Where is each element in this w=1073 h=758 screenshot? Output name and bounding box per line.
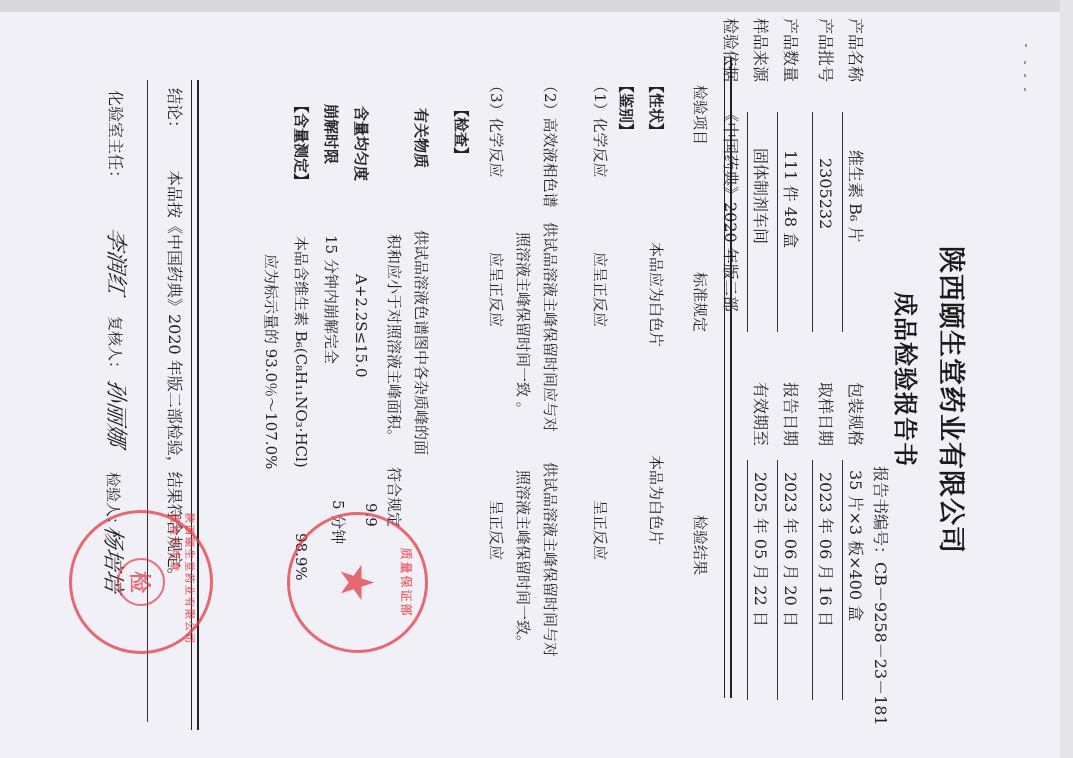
scan-speck [1025,44,1027,47]
scan-speck [1024,74,1026,77]
result-appearance: 本品为白色片 [648,455,663,545]
underline [812,460,813,700]
seal-text: 陕西颐生堂药业有限公司 质检专用章 [168,513,198,651]
report-date-value: 2023 年 06 月 20 日 [782,472,798,627]
sampling-date-label: 取样日期 [817,382,833,446]
product-name-label: 产品名称 [847,18,863,82]
qa-stamp-text: 质量保证部 [398,547,415,617]
table-top-rule [724,58,732,698]
standard-assay-line2: 应为标示量的 93.0％～107.0% [263,254,278,469]
star-icon: ★ [335,562,381,603]
report-number-value: CB－9258－23－181 [871,562,890,726]
result-related: 符合规定 [386,467,401,527]
company-seal-stamp: 检 陕西颐生堂药业有限公司 质检专用章 [69,510,213,654]
conclusion-label: 结论： [166,88,182,136]
header-result: 检验结果 [692,515,707,575]
scan-speck [1024,61,1026,64]
scan-speck [1024,88,1026,91]
standard-assay-line1: 本品含维生素 B₆(C₈H₁₁NO₃·HCl) [293,236,308,468]
expiry-date-value: 2025 年 05 月 22 日 [752,472,768,627]
header-standard: 标准规定 [692,272,707,332]
quantity-label: 产品数量 [782,18,798,82]
standard-content-uniformity: A+2.2S≤15.0 [353,274,368,378]
qa-department-stamp: ★ 质量保证部 [287,512,428,653]
result-ident-2-line2: 照溶液主峰保留时间一致。 [515,470,530,650]
sampling-date-value: 2023 年 06 月 16 日 [817,472,833,627]
result-ident-2-line1: 供试品溶液主峰保留时间与对 [542,462,557,657]
package-spec-label: 包装规格 [847,382,863,446]
standard-ident-2-line1: 供试品溶液主峰保留时间应与对 [542,222,557,432]
underline [747,460,748,700]
item-related-substances: 有关物质 [413,108,428,168]
underline [747,112,748,332]
standard-appearance: 本品应为白色片 [648,242,663,347]
lab-director-signature: 李润红 [104,226,126,295]
quantity-value: 111 件 48 盒 [782,150,798,248]
report-date-label: 报告日期 [782,382,798,446]
package-spec-value: 35 片×3 板×400 盒 [847,470,863,621]
item-ident-2: （2）高效液相色谱 [542,78,557,208]
report-number-label: 报告书编号： [871,466,890,562]
result-ident-3: 呈正反应 [488,500,503,560]
sample-source-label: 样品来源 [752,18,768,82]
standard-ident-3: 应呈正反应 [488,252,503,327]
product-name-value: 维生素 B₆ 片 [847,150,863,242]
standard-ident-1: 应呈正反应 [592,252,607,327]
underline [777,112,778,332]
item-disintegration: 崩解时限 [323,104,338,164]
underline [842,112,843,332]
batch-no-value: 2305232 [817,158,833,229]
seal-inner-ring [117,558,165,606]
sample-source-value: 固体制剂车间 [752,148,768,244]
item-assay: 【含量测定】 [293,98,308,188]
item-identification: 【鉴别】 [618,78,633,138]
standard-ident-2-line2: 照溶液主峰保留时间一致 。 [515,232,530,417]
header-test-item: 检验项目 [692,85,707,145]
item-content-uniformity: 含量均匀度 [353,106,368,181]
item-appearance: 【性状】 [648,78,663,138]
reviewer-signature: 孙丽娜 [104,378,126,447]
standard-disintegration: 15 分钟内崩解完全 [323,235,338,364]
company-name: 陕西颐生堂药业有限公司 [937,246,964,554]
underline [842,460,843,700]
item-ident-1: （1）化学反应 [592,78,607,178]
underline [812,112,813,332]
underline [777,460,778,700]
expiry-date-label: 有效期至 [752,382,768,446]
standard-related-line1: 供试品溶液色谱图中各杂质峰的面 [413,230,428,455]
reviewer-label: 复核人： [107,316,122,376]
report-number: 报告书编号：CB－9258－23－181 [872,466,888,726]
item-inspection: 【检查】 [453,102,468,162]
lab-director-label: 化验室主任： [107,90,123,186]
report-title: 成品检验报告书 [893,292,917,467]
standard-related-line2: 积和应小于对照溶液主峰面积。 [386,234,401,444]
item-ident-3: （3）化学反应 [488,78,503,178]
result-ident-1: 呈正反应 [592,500,607,560]
batch-no-label: 产品批号 [817,18,833,82]
inspection-report-page: 陕西颐生堂药业有限公司 成品检验报告书 报告书编号：CB－9258－23－181… [0,0,1073,758]
